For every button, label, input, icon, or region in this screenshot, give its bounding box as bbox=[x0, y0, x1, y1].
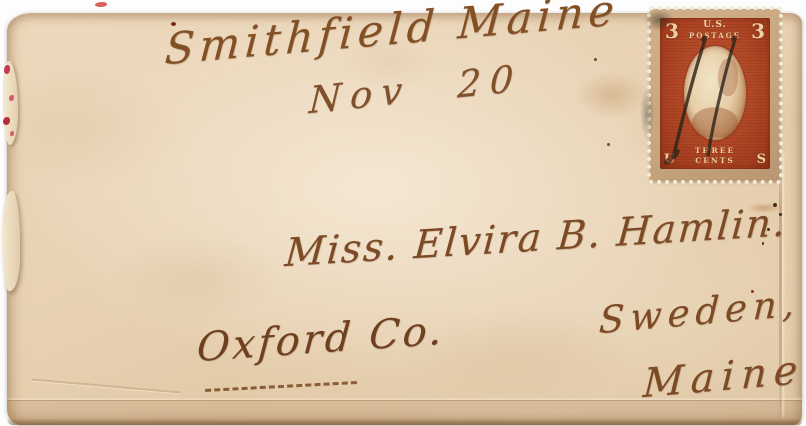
top-edge-red-speck bbox=[95, 2, 107, 7]
pen-cancel-mark bbox=[638, 9, 780, 181]
torn-edge-flap-lower bbox=[2, 191, 20, 291]
postage-stamp: 3 3 U.S. POSTAGE U S THREE CENTS bbox=[650, 9, 780, 181]
ink-speck bbox=[594, 58, 597, 61]
ink-speck bbox=[607, 143, 610, 146]
scanned-photo-background: Smithfield Maine Nov 20 Miss. Elvira B. … bbox=[0, 0, 806, 426]
envelope-bottom-edge bbox=[7, 419, 802, 425]
